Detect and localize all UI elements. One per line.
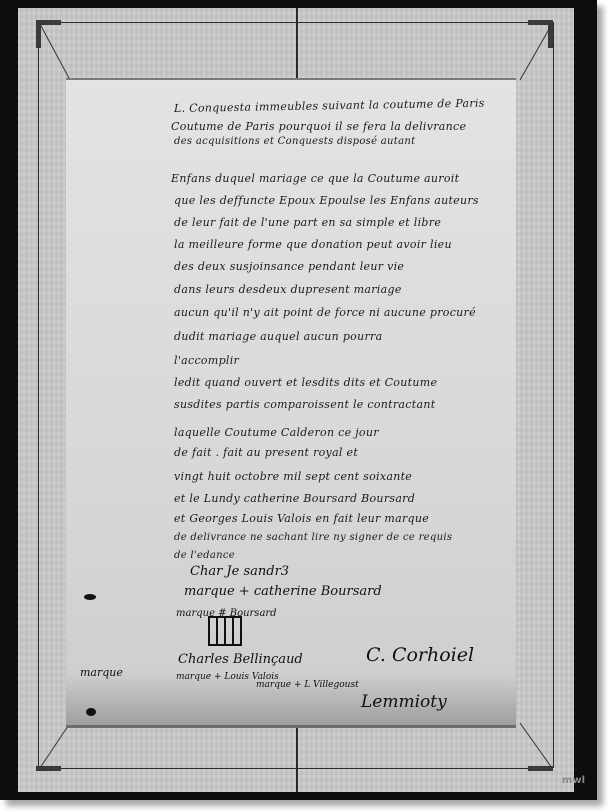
ink-blot-bottom (86, 708, 96, 716)
signature-line-1: Char Je sandr3 (190, 564, 289, 579)
signature-line-8: Lemmioty (361, 692, 447, 712)
text-line-14: susdites partis comparoissent le contrac… (174, 398, 435, 411)
text-line-6: de leur fait de l'une part en sa simple … (174, 216, 441, 229)
text-line-3: des acquisitions et Conquests disposé au… (174, 136, 415, 147)
text-line-20: de delivrance ne sachant lire ny signer … (174, 532, 452, 543)
watermark: mwl (562, 775, 585, 786)
text-line-1: L. Conquesta immeubles suivant la coutum… (174, 97, 485, 115)
signature-line-2: marque + catherine Boursard (184, 584, 382, 599)
text-line-13: ledit quand ouvert et lesdits dits et Co… (174, 376, 437, 389)
manuscript-page: L. Conquesta immeubles suivant la coutum… (66, 78, 516, 728)
text-line-17: vingt huit octobre mil sept cent soixant… (174, 470, 412, 483)
text-line-11: dudit mariage auquel aucun pourra (174, 330, 382, 343)
text-line-7: la meilleure forme que donation peut avo… (174, 238, 452, 251)
scan-frame: L. Conquesta immeubles suivant la coutum… (0, 0, 597, 800)
text-line-9: dans leurs desdeux dupresent mariage (174, 283, 402, 296)
text-line-8: des deux susjoinsance pendant leur vie (174, 260, 404, 273)
grid-mark (208, 616, 242, 646)
margin-note: marque (80, 666, 123, 679)
ink-blot (84, 594, 96, 600)
text-line-21: de l'edance (174, 550, 235, 561)
signature-line-7: marque + L Villegoust (256, 680, 359, 690)
text-line-12: l'accomplir (174, 354, 239, 367)
text-line-16: de fait . fait au present royal et (174, 446, 358, 459)
text-line-10: aucun qu'il n'y ait point de force ni au… (174, 306, 476, 319)
signature-line-5: C. Corhoiel (366, 644, 474, 666)
text-line-18: et le Lundy catherine Boursard Boursard (174, 492, 415, 505)
text-line-4: Enfans duquel mariage ce que la Coutume … (171, 172, 459, 185)
text-line-5: que les deffuncte Epoux Epoulse les Enfa… (174, 194, 479, 207)
text-line-19: et Georges Louis Valois en fait leur mar… (174, 512, 429, 525)
text-line-15: laquelle Coutume Calderon ce jour (174, 426, 379, 439)
text-line-2: Coutume de Paris pourquoi il se fera la … (171, 120, 466, 133)
signature-line-4: Charles Bellinçaud (178, 652, 303, 667)
